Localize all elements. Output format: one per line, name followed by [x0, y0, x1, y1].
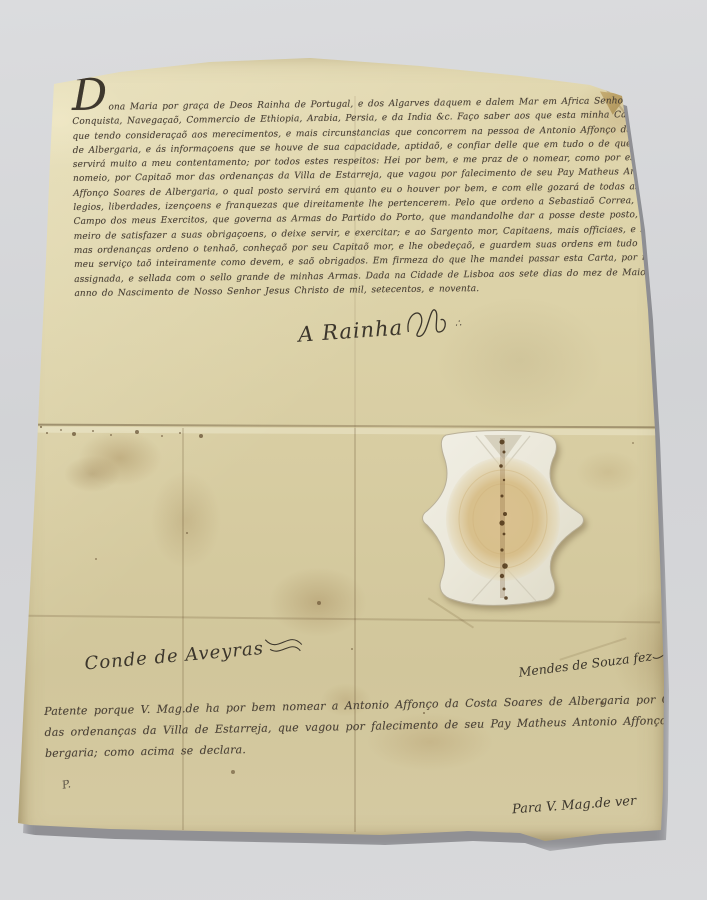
royal-arms-paper-seal — [418, 424, 590, 610]
signature-flourish-icon — [263, 634, 305, 658]
left-vertical-crease — [182, 428, 184, 830]
royal-signature: A Rainha∴ — [297, 302, 464, 352]
endorsement: Para V. Mag.de ver — [512, 794, 637, 818]
scribal-cross-mark-icon: ∴ — [455, 318, 463, 329]
center-vertical-crease-lower — [354, 428, 356, 832]
docket-note: Patente porque V. Mag.de ha por bem nome… — [44, 688, 697, 764]
scribe-signature-text: Mendes de Souza fez — [518, 648, 653, 679]
countersignature: Conde de Aveyras — [83, 628, 304, 674]
royal-signature-text: A Rainha — [297, 315, 403, 346]
parchment-document: Dona Maria por graça de Deos Rainha de P… — [18, 56, 664, 842]
lower-horizontal-crease — [24, 615, 660, 624]
countersignature-text: Conde de Aveyras — [84, 638, 265, 675]
signature-flourish-icon — [405, 318, 453, 345]
foxing-specks — [40, 426, 42, 428]
margin-mark: P. — [61, 777, 72, 792]
photo-background: Dona Maria por graça de Deos Rainha de P… — [0, 0, 707, 900]
manuscript-body-text: Dona Maria por graça de Deos Rainha de P… — [72, 89, 656, 301]
scribe-signature: Mendes de Souza fez — [518, 644, 679, 679]
